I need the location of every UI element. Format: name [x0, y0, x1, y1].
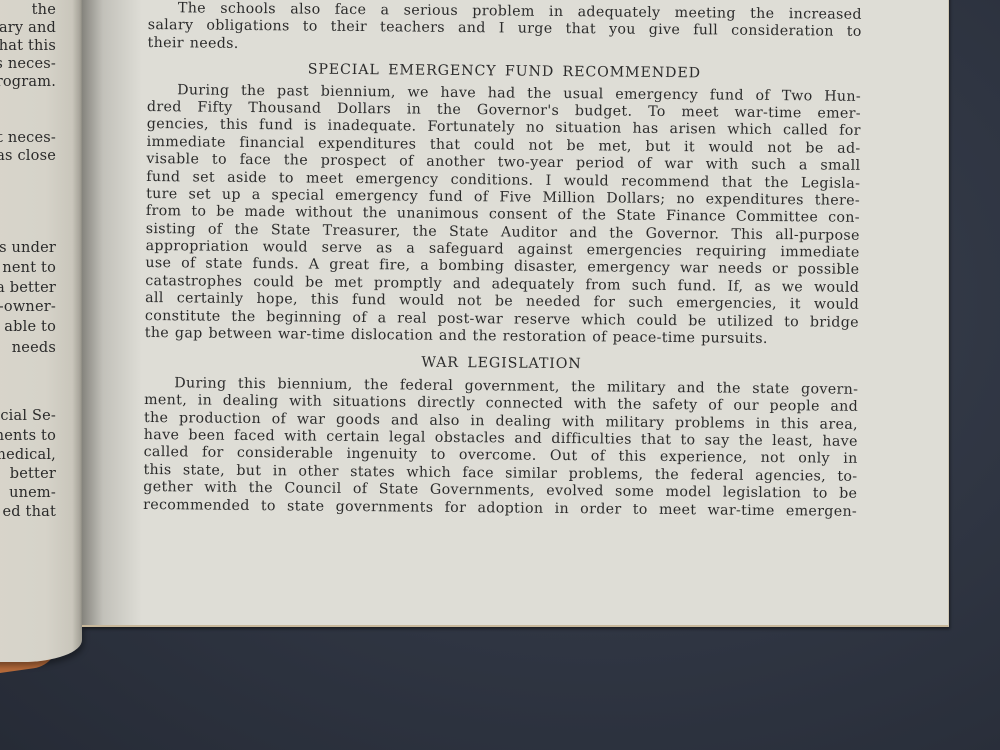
left-fragment: a better: [0, 280, 56, 296]
left-fragment: medical,: [0, 447, 56, 463]
left-fragment: nents to: [0, 428, 56, 444]
left-fragment: cial Se-: [0, 408, 56, 424]
left-fragment: the: [32, 2, 56, 18]
left-fragment: -owner-: [0, 299, 56, 315]
left-fragment: ed that: [2, 504, 56, 520]
section-heading-war-legislation: WAR LEGISLATION: [144, 352, 858, 376]
left-fragment: ary and: [0, 20, 56, 36]
left-fragment: t neces-: [0, 130, 56, 146]
left-fragment: needs: [12, 340, 56, 356]
section-heading-emergency-fund: SPECIAL EMERGENCY FUND RECOMMENDED: [147, 60, 861, 84]
right-page: The schools also face a serious problem …: [82, 0, 949, 627]
page-body: The schools also face a serious problem …: [143, 0, 862, 521]
section-emergency-fund: During the past biennium, we have had th…: [145, 82, 861, 350]
left-fragment: hat this: [0, 38, 56, 54]
left-fragment: unem-: [9, 485, 56, 501]
left-fragment: s neces-: [0, 56, 56, 72]
left-page: the ary and hat this s neces- rogram. t …: [0, 0, 82, 662]
left-fragment: nent to: [2, 260, 56, 276]
left-fragment: as close: [0, 148, 56, 164]
gutter-shadow: [82, 0, 142, 625]
left-fragment: able to: [4, 319, 56, 335]
left-fragment: rogram.: [0, 74, 56, 90]
section-war-legislation: During this biennium, the federal govern…: [143, 375, 858, 521]
left-fragment: s under: [0, 240, 56, 256]
left-fragment: better: [10, 466, 56, 482]
